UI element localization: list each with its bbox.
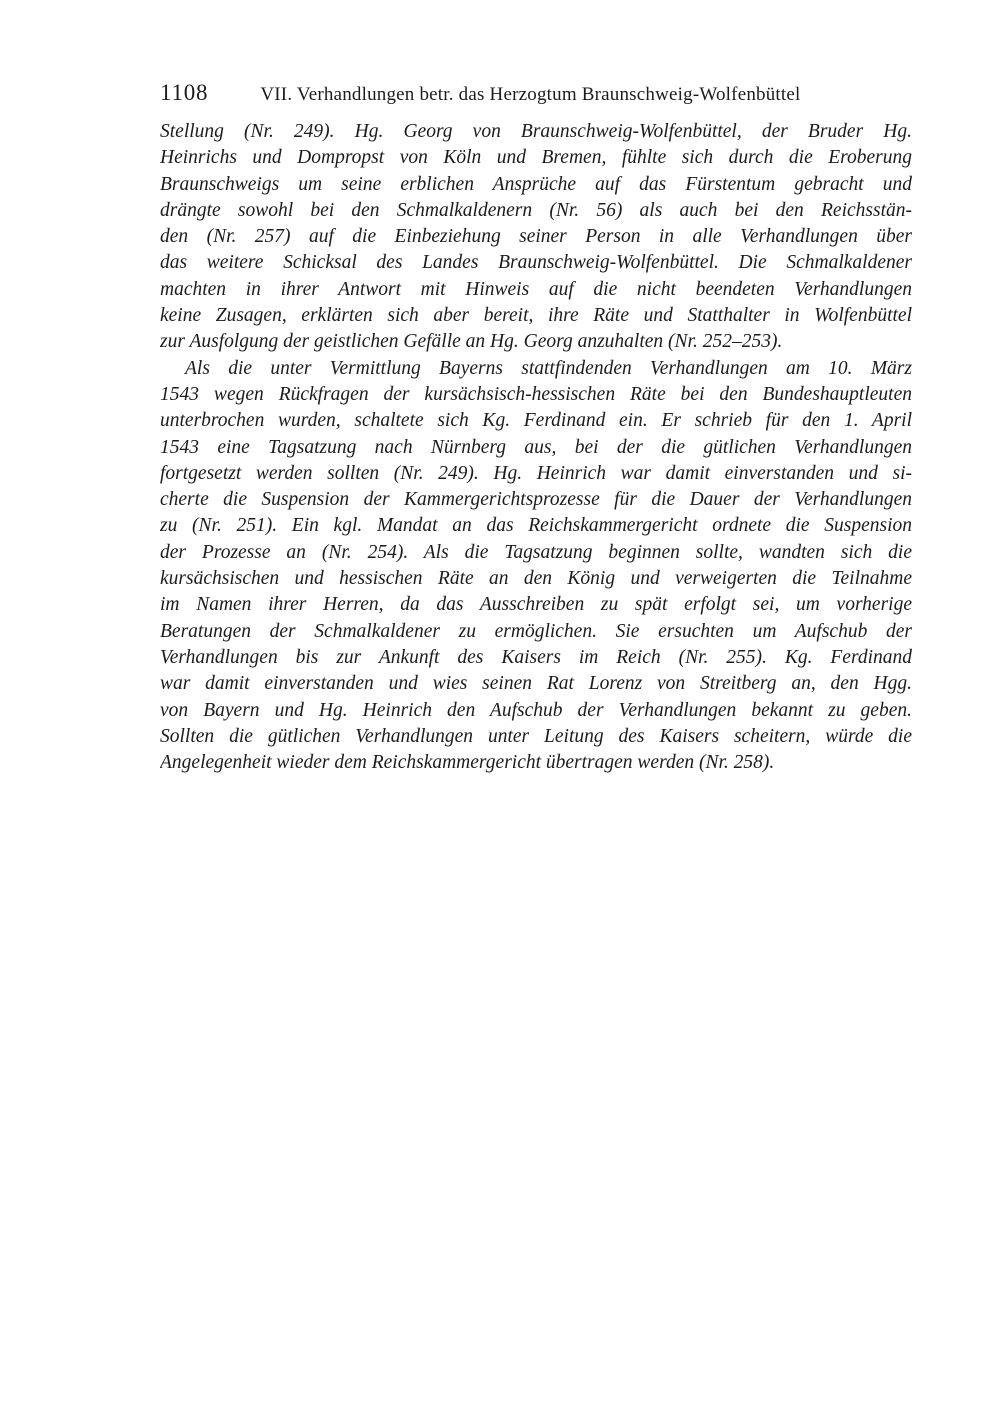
text-line: 1543 eine Tagsatzung nach Nürnberg aus, … [160, 435, 912, 461]
book-page: 1108 VII. Verhandlungen betr. das Herzog… [0, 0, 1004, 1418]
paragraph: Stellung (Nr. 249). Hg. Georg von Brauns… [160, 119, 912, 356]
text-line: den (Nr. 257) auf die Einbeziehung seine… [160, 224, 912, 250]
text-line: cherte die Suspension der Kammergerichts… [160, 487, 912, 513]
text-line: der Prozesse an (Nr. 254). Als die Tagsa… [160, 540, 912, 566]
text-line: Stellung (Nr. 249). Hg. Georg von Brauns… [160, 119, 912, 145]
text-line: im Namen ihrer Herren, da das Ausschreib… [160, 592, 912, 618]
page-number: 1108 [160, 80, 208, 106]
text-line: fortgesetzt werden sollten (Nr. 249). Hg… [160, 461, 912, 487]
text-line: Heinrichs und Dompropst von Köln und Bre… [160, 145, 912, 171]
text-line: unterbrochen wurden, schaltete sich Kg. … [160, 408, 912, 434]
text-line: das weitere Schicksal des Landes Braunsc… [160, 250, 912, 276]
page-header: 1108 VII. Verhandlungen betr. das Herzog… [160, 80, 912, 106]
text-line: Als die unter Vermittlung Bayerns stattf… [160, 356, 912, 382]
text-line: Sollten die gütlichen Verhandlungen unte… [160, 724, 912, 750]
text-line: keine Zusagen, erklärten sich aber berei… [160, 303, 912, 329]
text-line: Angelegenheit wieder dem Reichskammerger… [160, 750, 912, 776]
paragraph: Als die unter Vermittlung Bayerns stattf… [160, 356, 912, 777]
text-line: zu (Nr. 251). Ein kgl. Mandat an das Rei… [160, 513, 912, 539]
text-line: Verhandlungen bis zur Ankunft des Kaiser… [160, 645, 912, 671]
text-line: war damit einverstanden und wies seinen … [160, 671, 912, 697]
text-line: von Bayern und Hg. Heinrich den Aufschub… [160, 698, 912, 724]
text-line: zur Ausfolgung der geistlichen Gefälle a… [160, 329, 912, 355]
running-head: VII. Verhandlungen betr. das Herzogtum B… [260, 84, 800, 106]
text-line: kursächsischen und hessischen Räte an de… [160, 566, 912, 592]
text-block: Stellung (Nr. 249). Hg. Georg von Brauns… [160, 119, 912, 776]
text-line: 1543 wegen Rückfragen der kursächsisch-h… [160, 382, 912, 408]
text-line: drängte sowohl bei den Schmalkaldenern (… [160, 198, 912, 224]
text-line: Braunschweigs um seine erblichen Ansprüc… [160, 172, 912, 198]
text-line: machten in ihrer Antwort mit Hinweis auf… [160, 277, 912, 303]
text-line: Beratungen der Schmalkaldener zu ermögli… [160, 619, 912, 645]
